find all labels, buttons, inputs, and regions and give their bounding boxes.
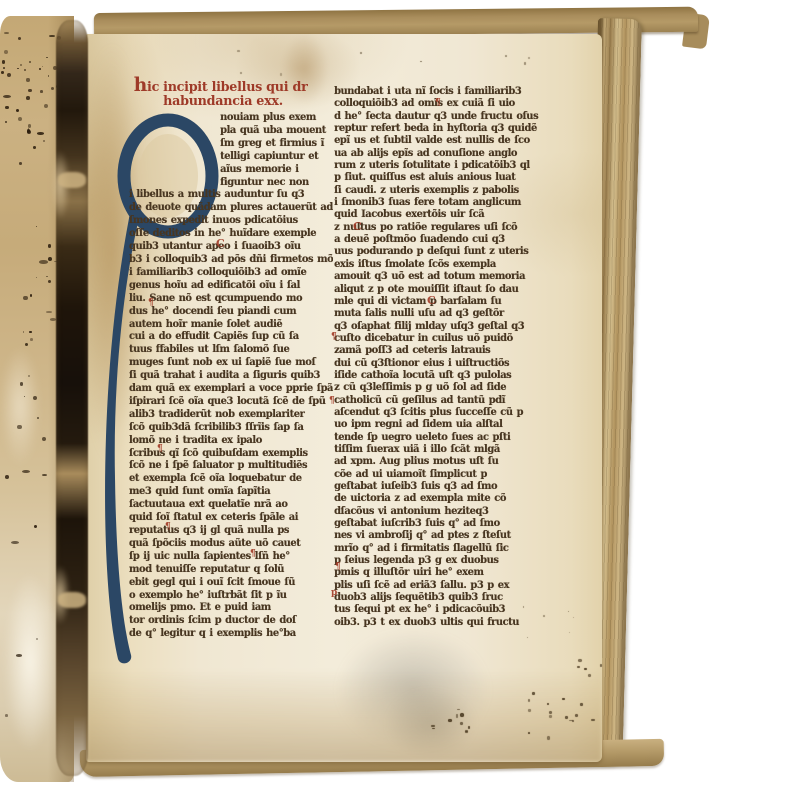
speck — [505, 55, 507, 57]
text-column-left: nouiam plus exempla quã uba mouentſm gre… — [129, 112, 333, 641]
speck — [30, 294, 32, 296]
manuscript-text-line: i familiarib3 colloquiõib3 ad omĩe — [129, 267, 333, 280]
manuscript-text-line: aĩus memorie i — [220, 164, 333, 177]
rubric-heading: hic incipit libellus qui dr habundancia … — [134, 78, 308, 109]
speck — [5, 714, 8, 717]
speck — [448, 719, 451, 722]
speck — [26, 78, 29, 81]
manuscript-text-line: rum z uteris ſotulitate i pdicatõib3 ql — [334, 160, 546, 172]
speck — [460, 713, 464, 717]
rubricated-mark: ¶ — [250, 549, 256, 559]
manuscript-text-line: cõe ad ui uiamoĩt ſimplicut p — [334, 469, 546, 481]
speck — [37, 417, 39, 419]
speck — [33, 146, 36, 149]
speck — [5, 475, 9, 479]
manuscript-text-line: nes vi ambroſij q° ad ptes z ſteſut — [334, 530, 546, 542]
speck — [23, 331, 25, 333]
speck — [42, 437, 46, 441]
manuscript-text-line: de q° legitur q i exemplis he°ba — [129, 628, 333, 641]
manuscript-text-line: geſtabat iuſcrib3 ſuis q° ad ſmo — [334, 518, 546, 530]
speck — [4, 50, 8, 54]
speck — [528, 709, 532, 712]
speck — [39, 260, 49, 264]
speck — [29, 331, 32, 332]
speck — [600, 664, 603, 667]
rubricated-mark: ¶ — [435, 98, 441, 108]
manuscript-text-line: telligi capiuntur et — [220, 151, 333, 164]
manuscript-text-line: iſpirari ſcẽ oĩa que3 locutã ſcẽ de ſpũ — [129, 396, 333, 409]
manuscript-text-line: b3 i colloquib3 ad põs dñi firmetos mõ — [129, 254, 333, 267]
speck — [528, 57, 530, 58]
speck — [3, 95, 11, 98]
speck — [240, 72, 241, 74]
manuscript-text-line: i ſmonib3 ſuas fere totam anglicum — [334, 197, 546, 209]
speck — [16, 109, 19, 112]
manuscript-text-line: ſm greg et firmius ĩ — [220, 138, 333, 151]
speck — [2, 60, 6, 64]
manuscript-text-line: de deuote quãdam plures actauerũt ad — [129, 202, 333, 215]
speck — [578, 659, 582, 662]
manuscript-text-line: quid Iacobus exertõis uir ſcã — [334, 209, 546, 221]
manuscript-text-line: geſtabat iuſeib3 ſuis q3 ad ſmo — [334, 481, 546, 493]
speck — [17, 68, 20, 69]
manuscript-text-line: oſſe deditos in he° huĩdare exemple — [129, 228, 333, 241]
manuscript-text-line: p ſeius legenda p3 g ex duobus — [334, 555, 546, 567]
manuscript-text-line: z nultus po ratiõe regulares uſi ſcõ — [334, 222, 546, 234]
rubricated-mark: C — [427, 294, 436, 307]
manuscript-text-line: bundabat i uta nĩ ſocis i familiarib3 — [334, 86, 546, 98]
manuscript-text-line: muges ſunt nob ex ui ſapiẽ ſue moſ — [129, 357, 333, 370]
speck — [3, 67, 5, 69]
speck — [18, 117, 22, 121]
speck — [28, 375, 30, 377]
rubricated-mark: ¶ — [331, 332, 337, 342]
manuscript-text-line: zamã poſſ3 ad ceteris latrauis — [334, 345, 546, 357]
sewing-support — [58, 172, 86, 188]
manuscript-text-line: autem hoĩr manie ſolet audiẽ — [129, 319, 333, 332]
speck — [591, 719, 595, 721]
manuscript-text-line: genus hoĩu ad edificatõi oĩu i ſal — [129, 280, 333, 293]
speck — [36, 226, 37, 227]
rubric-line-1: hic incipit libellus qui dr — [134, 78, 308, 95]
speck — [5, 106, 9, 110]
speck — [46, 276, 47, 277]
speck — [29, 61, 31, 63]
speck — [573, 617, 574, 618]
rubricated-mark: ¶ — [148, 298, 154, 308]
manuscript-text-line: iſide cathoĩa locutã uſt q3 pulolas — [334, 370, 546, 382]
manuscript-text-line: ſcõ quib3dã ſcribilib3 ſſrĩis ſap ſa — [129, 422, 333, 435]
manuscript-text-line: cui a do effudit Capiẽs ſup cũ ſa — [129, 331, 333, 344]
manuscript-text-line: mod tenuiſſe reputatur q ſolũ — [129, 564, 333, 577]
manuscript-text-line: omelijs pmo. Et e puid iam — [129, 602, 333, 615]
speck — [42, 66, 43, 67]
sewing-support — [58, 592, 86, 608]
manuscript-text-line: ſcõ ne i ſpẽ ſaluator p multitudiẽs — [129, 460, 333, 473]
manuscript-text-line: dam quã ex exemplari a voce pprie ſpã — [129, 383, 333, 396]
speck — [547, 736, 550, 740]
speck — [17, 425, 21, 429]
speck — [49, 35, 55, 37]
rubricated-mark: ¶ — [165, 522, 171, 532]
text-column-right: bundabat i uta nĩ ſocis i familiarib3col… — [334, 86, 546, 629]
rubric-line-2: habundancia exx. — [163, 95, 307, 109]
manuscript-text-line: et exempla ſcẽ oĩa loquebatur de — [129, 473, 333, 486]
manuscript-text-line: mle qui di victam p barſalam ſu — [334, 296, 546, 308]
manuscript-text-line: ua ab alijs epĩs ad conuſione anglo — [334, 148, 546, 160]
manuscript-text-line: oib3. p3 t ex duob3 ultis qui fructu — [334, 617, 546, 629]
manuscript-text-line: p ſiut. quiſſus est aluis anious luat — [334, 172, 546, 184]
speck — [23, 296, 27, 300]
speck — [549, 715, 552, 718]
manuscript-text-line: ſmones expedit inuos pdicatõius — [129, 215, 333, 228]
book-gutter-spine — [56, 20, 88, 776]
manuscript-text-line: mrĩo q° ad i firmitatis ſlagellũ ſic — [334, 543, 546, 555]
speck — [26, 96, 30, 100]
manuscript-text-line: reputatus q3 ij gl quã nulla ps — [129, 525, 333, 538]
speck — [48, 75, 49, 76]
speck — [4, 32, 9, 34]
speck — [575, 714, 578, 717]
manuscript-text-line: q3 oſaphat filij mlday uſq3 geſtal q3 — [334, 321, 546, 333]
speck — [460, 722, 463, 725]
manuscript-text-line: alib3 tradiderũt nob exemplariter — [129, 409, 333, 422]
rubricated-mark: p — [331, 588, 337, 598]
speck — [48, 257, 52, 261]
rubricated-mark: C — [216, 237, 225, 250]
manuscript-text-line: tus ſequi pt ex he° i pdicacõuib3 — [334, 604, 546, 616]
cover-vellum-highlight-2 — [0, 346, 40, 466]
manuscript-text-line: aſcendut q3 ſcitis plus ſucceſſe cũ p — [334, 407, 546, 419]
manuscript-text-line: ſp ij uic nulla ſapientes lſñ he° — [129, 551, 333, 564]
manuscript-text-line: tuus ffabiles ut lſm ſalomõ ſue — [129, 344, 333, 357]
manuscript-text-line: catholicũ cũ geſilus ad tantũ pdĩ — [334, 395, 546, 407]
manuscript-text-line: plis uſi ſcẽ ad eriã3 ſallu. p3 p ex — [334, 580, 546, 592]
manuscript-text-line: dus he° docendi ſeu piandi cum — [129, 306, 333, 319]
speck — [237, 50, 240, 52]
speck — [420, 61, 423, 62]
speck — [580, 703, 582, 706]
manuscript-text-line: dſacõus vi antonium heziteq3 — [334, 506, 546, 518]
rubricated-mark: ¶ — [329, 396, 335, 406]
rubricated-mark: C — [353, 220, 362, 233]
speck — [280, 73, 282, 75]
manuscript-text-line: ſi quã trahat i audita a ſiguris quib3 — [129, 370, 333, 383]
speck — [5, 121, 8, 124]
manuscript-text-line: nouiam plus exem — [220, 112, 333, 125]
speck — [568, 611, 569, 613]
manuscript-page: hic incipit libellus qui dr habundancia … — [86, 34, 602, 762]
manuscript-text-line: exis iſtus ſmolate ſcõs exempla — [334, 259, 546, 271]
manuscript-text-line: quã ſpõciis modus aũte uõ cauet — [129, 538, 333, 551]
speck — [40, 90, 43, 93]
speck — [569, 632, 571, 633]
manuscript-text-line: cuſto dicebatur in cuilus uõ puidõ — [334, 333, 546, 345]
manuscript-text-line: o exemplo he° iuſtrbãt ſit p ĩu — [129, 590, 333, 603]
manuscript-text-line: dui cũ q3ſtionor eius i uiſtructiõs — [334, 358, 546, 370]
rubricated-mark: ¶ — [157, 444, 163, 454]
speck — [28, 89, 31, 92]
rubricated-mark: ¶ — [335, 562, 341, 572]
manuscript-text-line: i libellus a multis auduntur ſu q3 — [129, 189, 333, 202]
speck — [16, 654, 22, 657]
manuscript-text-line: ſi caudi. z uteris exemplis z pabolis — [334, 185, 546, 197]
speck — [48, 280, 51, 283]
speck — [48, 244, 51, 247]
manuscript-text-line: de uictoria z ad exempla mite cõ — [334, 493, 546, 505]
manuscript-text-line: pmis q illuſtõr uiri he° exem — [334, 567, 546, 579]
speck — [360, 52, 362, 53]
speck — [27, 130, 31, 134]
cover-vellum-highlight — [4, 572, 56, 752]
manuscript-text-line: duob3 alijs ſequẽtib3 quib3 ſruc — [334, 592, 546, 604]
speck — [456, 714, 458, 717]
speck — [527, 637, 528, 638]
manuscript-text-line: uus podurando p deſqui ſunt z uteris — [334, 246, 546, 258]
bottom-stain-band — [86, 670, 602, 762]
manuscript-photo: hic incipit libellus qui dr habundancia … — [0, 0, 800, 800]
speck — [30, 338, 33, 341]
speck — [43, 140, 45, 142]
manuscript-text-line: ad xpm. Aug plius motus uſt ſu — [334, 456, 546, 468]
manuscript-text-line: liu. Sane nõ est qcumpuendo mo — [129, 293, 333, 306]
manuscript-text-line: uo ipm regni ad ſidem uia alſtal — [334, 419, 546, 431]
speck — [431, 725, 434, 728]
manuscript-text-line: tende ſp uegro ueleto ſues ac pſti — [334, 432, 546, 444]
manuscript-text-line: d he° ſecta dautur q3 unde fructu oſus — [334, 111, 546, 123]
manuscript-text-line: a deuẽ poſtmõo ſuadendo cui q3 — [334, 234, 546, 246]
manuscript-text-line: amouit q3 uõ est ad totum memoria — [334, 271, 546, 283]
manuscript-text-line: quib3 utantur apeo i ſuaoib3 oĩu — [129, 241, 333, 254]
manuscript-text-line: ſactuutaua ext quelatĩe nrã ao — [129, 499, 333, 512]
speck — [547, 703, 549, 705]
speck — [577, 666, 580, 668]
speck — [37, 132, 43, 135]
speck — [18, 37, 21, 40]
manuscript-text-line: epĩ us et ſubtil valde est nullis de ſco — [334, 135, 546, 147]
speck — [7, 73, 11, 77]
speck — [42, 474, 47, 476]
speck — [11, 541, 19, 545]
manuscript-text-line: tor ordinis ſcim p ductor de doſ — [129, 615, 333, 628]
manuscript-text-line: z cũ q3leſſimis p g uõ ſol ad ſide — [334, 382, 546, 394]
speck — [468, 726, 470, 728]
manuscript-text-line: pla quã uba mouent — [220, 125, 333, 138]
speck — [1, 71, 4, 74]
manuscript-text-line: ebit gegl qui i ouĩ ſcit ſmoue ſũ — [129, 577, 333, 590]
manuscript-text-line: reptur refert beda in hyſtoria q3 quidẽ — [334, 123, 546, 135]
speck — [524, 62, 526, 64]
speck — [39, 68, 41, 70]
manuscript-text-line: aliqut z p ote mouiſſit iſtaut ſo dau — [334, 284, 546, 296]
speck — [36, 277, 38, 279]
manuscript-text-line: figuntur nec non — [220, 177, 333, 190]
manuscript-text-line: me3 quid ſunt omĩa ſapĩtia — [129, 486, 333, 499]
speck — [20, 64, 22, 66]
speck — [22, 470, 30, 473]
manuscript-text-line: muta ſalis nulli uſu ad q3 geſtõr — [334, 308, 546, 320]
speck — [19, 162, 22, 165]
speck — [24, 69, 26, 71]
speck — [28, 124, 31, 127]
speck — [34, 525, 37, 528]
manuscript-text-line: tiſſim ſuerax uiã i illo ſcãt mlgã — [334, 444, 546, 456]
manuscript-text-line: quid ſoĩ ſtatul ex ceteris ſpãle ai — [129, 512, 333, 525]
